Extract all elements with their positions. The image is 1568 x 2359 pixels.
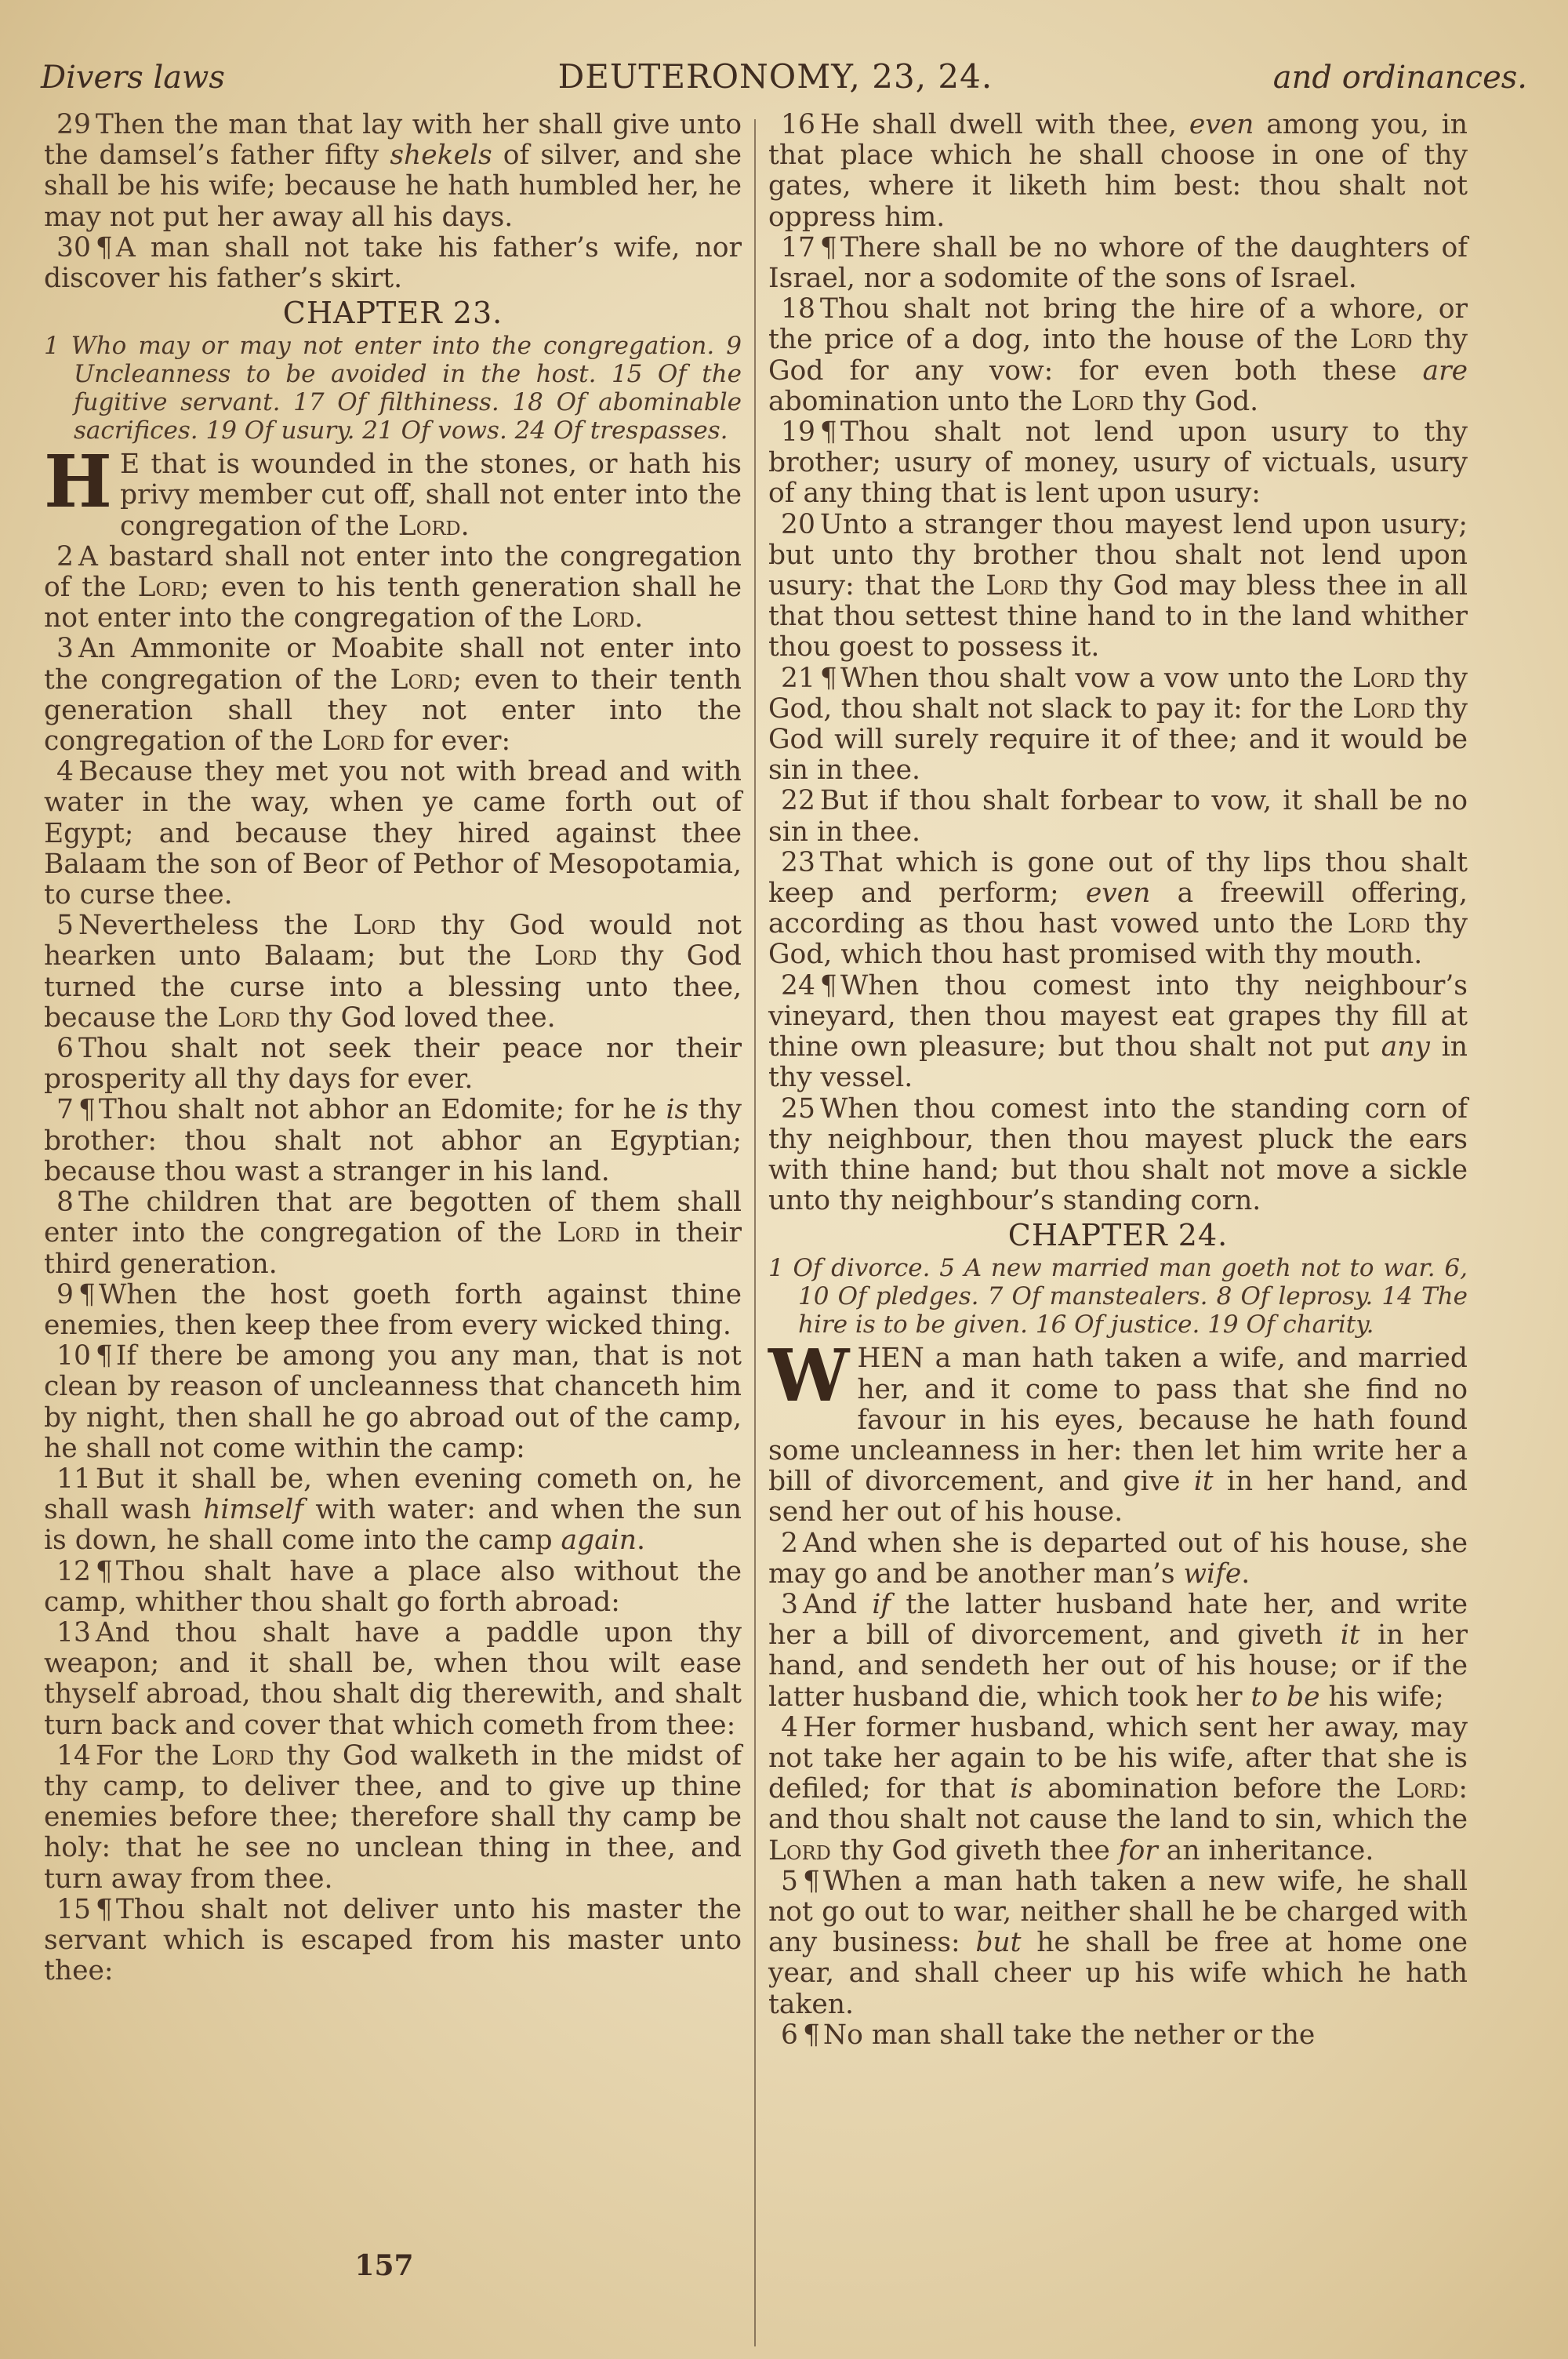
- pilcrow-icon: ¶: [78, 1094, 96, 1125]
- verse-23-2: 2A bastard shall not enter into the cong…: [44, 542, 742, 634]
- verse-23-10: 10¶If there be among you any man, that i…: [44, 1341, 742, 1464]
- verse-23-23: 23That which is gone out of thy lips tho…: [768, 848, 1468, 971]
- verse-23-22: 22But if thou shalt forbear to vow, it s…: [768, 786, 1468, 847]
- running-head-right: and ordinances.: [1273, 60, 1527, 96]
- chapter-24-summary: 1 Of divorce. 5 A new married man goeth …: [768, 1254, 1468, 1339]
- pilcrow-icon: ¶: [96, 232, 113, 264]
- pilcrow-icon: ¶: [803, 1866, 820, 1897]
- running-head-left: Divers laws: [41, 60, 225, 96]
- verse-23-20: 20Unto a stranger thou mayest lend upon …: [768, 510, 1468, 663]
- verse-24-6: 6¶No man shall take the nether or the: [768, 2020, 1468, 2051]
- verse-23-16: 16He shall dwell with thee, even among y…: [768, 110, 1468, 233]
- pilcrow-icon: ¶: [96, 1556, 113, 1587]
- verse-23-13: 13And thou shalt have a paddle upon thy …: [44, 1618, 742, 1741]
- page-number: 157: [321, 2249, 447, 2282]
- verse-23-7: 7¶Thou shalt not abhor an Edomite; for h…: [44, 1095, 742, 1187]
- verse-24-5: 5¶When a man hath taken a new wife, he s…: [768, 1866, 1468, 2020]
- running-head-book-chapters: DEUTERONOMY, 23, 24.: [558, 57, 993, 96]
- verse-23-21: 21¶When thou shalt vow a vow unto the Lo…: [768, 663, 1468, 787]
- pilcrow-icon: ¶: [820, 663, 837, 694]
- verse-23-17: 17¶There shall be no whore of the daught…: [768, 233, 1468, 294]
- right-column: 16He shall dwell with thee, even among y…: [768, 110, 1468, 2051]
- verse-23-1: HE that is wounded in the stones, or hat…: [44, 449, 742, 542]
- verse-23-5: 5Nevertheless the Lord thy God would not…: [44, 911, 742, 1034]
- verse-23-3: 3An Ammonite or Moabite shall not enter …: [44, 634, 742, 757]
- verse-23-15: 15¶Thou shalt not deliver unto his maste…: [44, 1895, 742, 1987]
- running-head: Divers laws DEUTERONOMY, 23, 24. and ord…: [41, 49, 1527, 96]
- verse-23-4: 4Because they met you not with bread and…: [44, 757, 742, 911]
- pilcrow-icon: ¶: [820, 232, 837, 264]
- verse-24-2: 2And when she is departed out of his hou…: [768, 1528, 1468, 1590]
- chapter-24-heading: CHAPTER 24.: [768, 1218, 1468, 1252]
- verse-23-6: 6Thou shalt not seek their peace nor the…: [44, 1034, 742, 1095]
- verse-23-9: 9¶When the host goeth forth against thin…: [44, 1280, 742, 1341]
- chapter-23-heading: CHAPTER 23.: [44, 296, 742, 330]
- bible-page: Divers laws DEUTERONOMY, 23, 24. and ord…: [0, 0, 1568, 2359]
- verse-23-8: 8The children that are begotten of them …: [44, 1187, 742, 1280]
- pilcrow-icon: ¶: [820, 416, 837, 448]
- verse-24-1: WHEN a man hath taken a wife, and marrie…: [768, 1343, 1468, 1528]
- pilcrow-icon: ¶: [78, 1279, 96, 1310]
- verse-22-30: 30¶A man shall not take his father’s wif…: [44, 233, 742, 294]
- verse-24-3: 3And if the latter husband hate her, and…: [768, 1590, 1468, 1713]
- left-column: 29Then the man that lay with her shall g…: [44, 110, 742, 1986]
- chapter-23-summary: 1 Who may or may not enter into the cong…: [44, 332, 742, 445]
- verse-22-29: 29Then the man that lay with her shall g…: [44, 110, 742, 233]
- verse-23-11: 11But it shall be, when evening cometh o…: [44, 1464, 742, 1557]
- column-divider-rule: [754, 119, 756, 2346]
- verse-23-25: 25When thou comest into the standing cor…: [768, 1094, 1468, 1217]
- verse-24-4: 4Her former husband, which sent her away…: [768, 1713, 1468, 1866]
- pilcrow-icon: ¶: [96, 1340, 113, 1372]
- drop-cap: W: [768, 1345, 849, 1406]
- pilcrow-icon: ¶: [820, 970, 837, 1001]
- verse-23-12: 12¶Thou shalt have a place also without …: [44, 1557, 742, 1618]
- verse-23-18: 18Thou shalt not bring the hire of a who…: [768, 294, 1468, 417]
- pilcrow-icon: ¶: [803, 2019, 820, 2051]
- verse-23-24: 24¶When thou comest into thy neighbour’s…: [768, 971, 1468, 1094]
- drop-cap: H: [44, 451, 112, 512]
- verse-23-19: 19¶Thou shalt not lend upon usury to thy…: [768, 417, 1468, 510]
- verse-23-14: 14For the Lord thy God walketh in the mi…: [44, 1741, 742, 1895]
- pilcrow-icon: ¶: [96, 1894, 113, 1925]
